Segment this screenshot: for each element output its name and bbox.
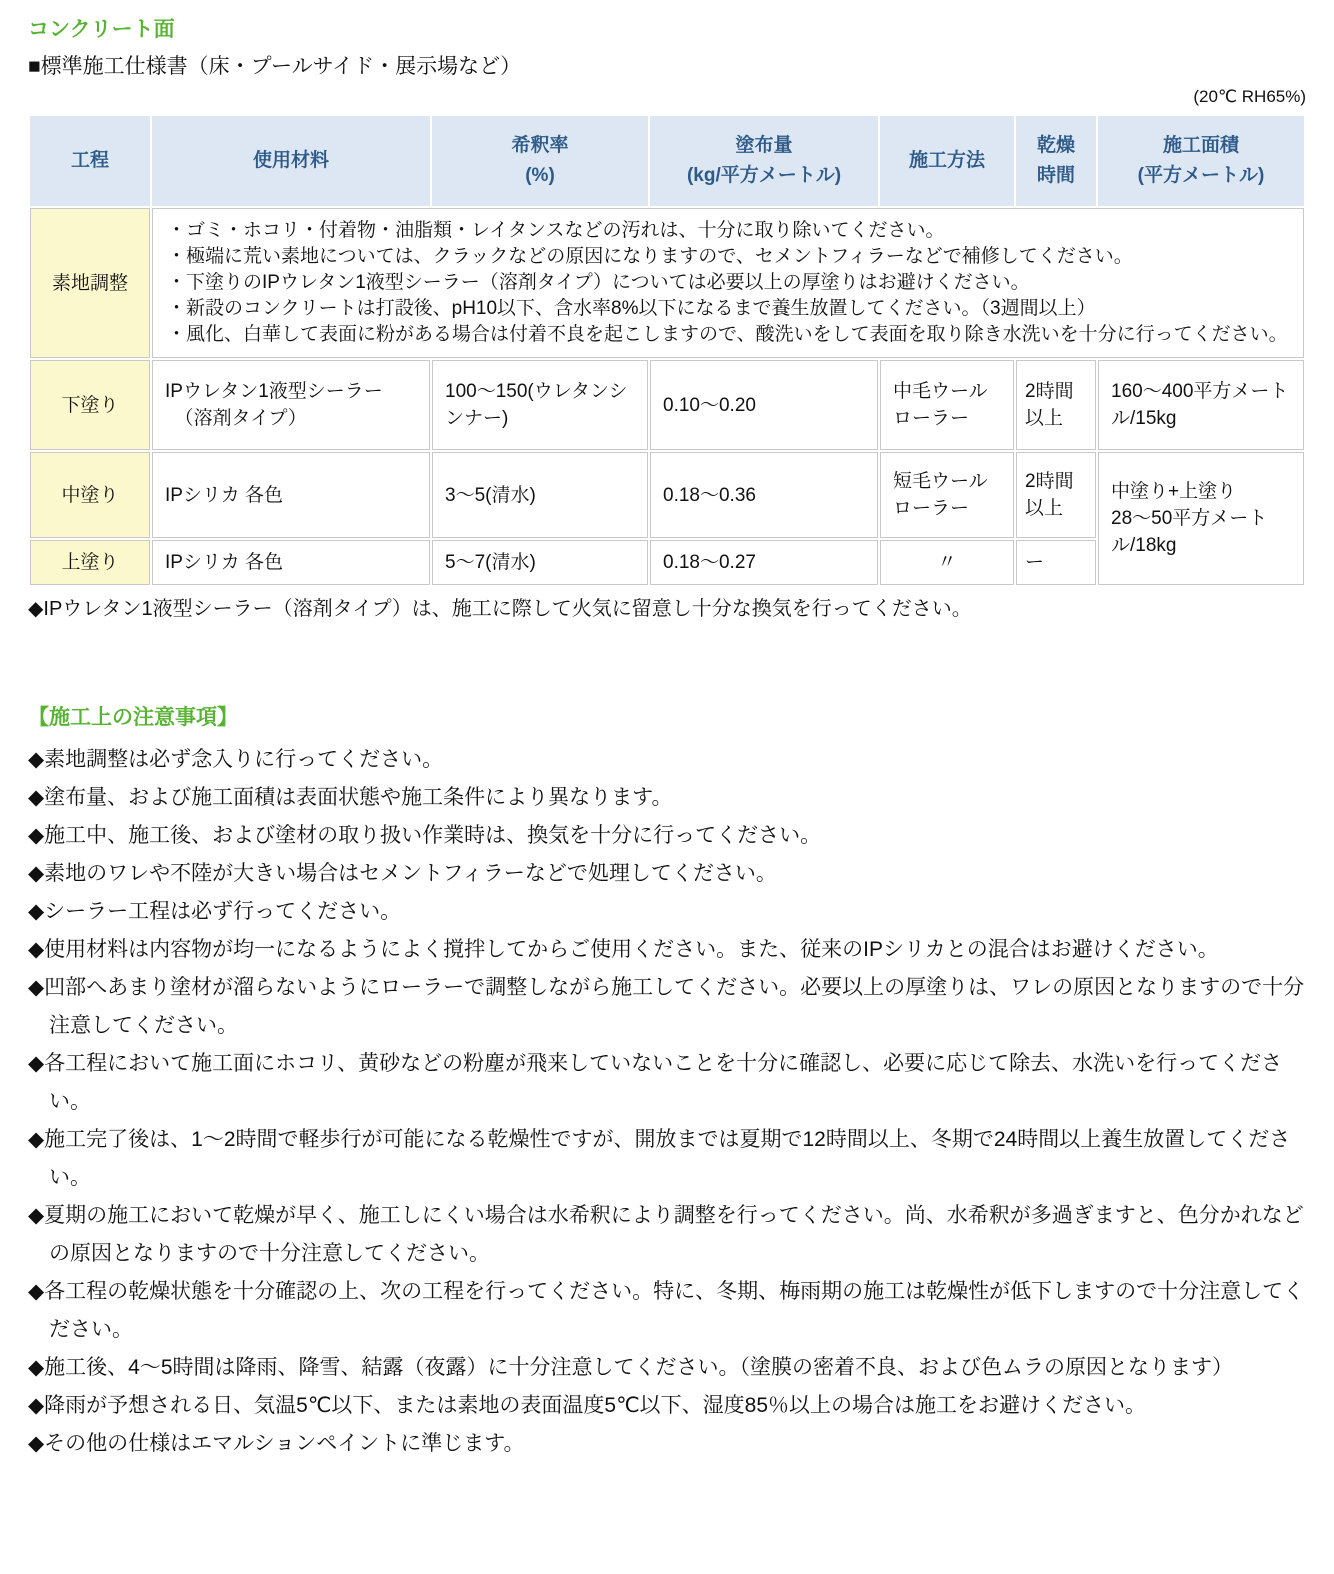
undercoat-drying: 2時間以上 — [1016, 360, 1096, 450]
surface-prep-instructions: ・ゴミ・ホコリ・付着物・油脂類・レイタンスなどの汚れは、十分に取り除いてください… — [152, 208, 1304, 358]
note-item: ◆塗布量、および施工面積は表面状態や施工条件により異なります。 — [28, 779, 1306, 817]
col-header-area: 施工面積 (平方メートル) — [1098, 116, 1304, 206]
midcoat-dilution: 3〜5(清水) — [432, 452, 648, 538]
midcoat-method: 短毛ウールローラー — [880, 452, 1014, 538]
prep-instruction-line: ・ゴミ・ホコリ・付着物・油脂類・レイタンスなどの汚れは、十分に取り除いてください… — [167, 218, 1289, 244]
table-header-row: 工程 使用材料 希釈率 (%) 塗布量 (kg/平方メートル) 施工方法 乾燥 … — [30, 116, 1304, 206]
midcoat-drying: 2時間以上 — [1016, 452, 1096, 538]
undercoat-dilution: 100〜150(ウレタンシンナー) — [432, 360, 648, 450]
col-header-area-line1: 施工面積 — [1102, 131, 1300, 161]
table-footnote: ◆IPウレタン1液型シーラー（溶剤タイプ）は、施工に際して火気に留意し十分な換気… — [28, 595, 1306, 623]
note-item: ◆各工程の乾燥状態を十分確認の上、次の工程を行ってください。特に、冬期、梅雨期の… — [28, 1273, 1306, 1349]
col-header-area-line2: (平方メートル) — [1102, 161, 1300, 191]
col-header-drying: 乾燥 時間 — [1016, 116, 1096, 206]
topcoat-method-ditto: 〃 — [880, 540, 1014, 585]
note-item: ◆シーラー工程は必ず行ってください。 — [28, 893, 1306, 931]
note-item: ◆降雨が予想される日、気温5℃以下、または素地の表面温度5℃以下、湿度85％以上… — [28, 1387, 1306, 1425]
area-line2: 28〜50平方メートル/18kg — [1111, 505, 1291, 559]
topcoat-drying: ー — [1016, 540, 1096, 585]
notes-heading: 【施工上の注意事項】 — [28, 703, 1306, 733]
construction-notes-list: ◆素地調整は必ず念入りに行ってください。 ◆塗布量、および施工面積は表面状態や施… — [28, 741, 1306, 1463]
prep-instruction-line: ・新設のコンクリートは打設後、pH10以下、含水率8%以下になるまで養生放置して… — [167, 296, 1289, 322]
undercoat-material-line2: （溶剤タイプ） — [165, 405, 417, 432]
table-row-undercoat: 下塗り IPウレタン1液型シーラー （溶剤タイプ） 100〜150(ウレタンシン… — [30, 360, 1304, 450]
undercoat-method: 中毛ウールローラー — [880, 360, 1014, 450]
row-label-midcoat: 中塗り — [30, 452, 150, 538]
undercoat-material-line1: IPウレタン1液型シーラー — [165, 378, 417, 405]
row-label-surface-prep: 素地調整 — [30, 208, 150, 358]
undercoat-material: IPウレタン1液型シーラー （溶剤タイプ） — [152, 360, 430, 450]
prep-instruction-line: ・下塗りのIPウレタン1液型シーラー（溶剤タイプ）については必要以上の厚塗りはお… — [167, 270, 1289, 296]
topcoat-coverage: 0.18〜0.27 — [650, 540, 878, 585]
prep-instruction-line: ・風化、白華して表面に粉がある場合は付着不良を起こしますので、酸洗いをして表面を… — [167, 322, 1289, 348]
midcoat-topcoat-area: 中塗り+上塗り 28〜50平方メートル/18kg — [1098, 452, 1304, 585]
condition-note: (20℃ RH65%) — [28, 86, 1306, 108]
note-item: ◆素地のワレや不陸が大きい場合はセメントフィラーなどで処理してください。 — [28, 855, 1306, 893]
table-row-surface-prep: 素地調整 ・ゴミ・ホコリ・付着物・油脂類・レイタンスなどの汚れは、十分に取り除い… — [30, 208, 1304, 358]
topcoat-material: IPシリカ 各色 — [152, 540, 430, 585]
note-item: ◆その他の仕様はエマルションペイントに準じます。 — [28, 1425, 1306, 1463]
col-header-drying-line1: 乾燥 — [1020, 131, 1092, 161]
spec-document-page: コンクリート面 ■標準施工仕様書（床・プールサイド・展示場など） (20℃ RH… — [0, 0, 1334, 1487]
midcoat-material: IPシリカ 各色 — [152, 452, 430, 538]
col-header-coverage-line1: 塗布量 — [654, 131, 874, 161]
doc-subtitle: ■標準施工仕様書（床・プールサイド・展示場など） — [28, 52, 1306, 82]
row-label-topcoat: 上塗り — [30, 540, 150, 585]
col-header-materials: 使用材料 — [152, 116, 430, 206]
col-header-coverage: 塗布量 (kg/平方メートル) — [650, 116, 878, 206]
col-header-dilution-line2: (%) — [436, 161, 644, 191]
area-line1: 中塗り+上塗り — [1111, 478, 1291, 505]
col-header-method: 施工方法 — [880, 116, 1014, 206]
note-item: ◆凹部へあまり塗材が溜らないようにローラーで調整しながら施工してください。必要以… — [28, 969, 1306, 1045]
page-title: コンクリート面 — [28, 16, 1306, 44]
note-item: ◆施工完了後は、1〜2時間で軽歩行が可能になる乾燥性ですが、開放までは夏期で12… — [28, 1121, 1306, 1197]
col-header-drying-line2: 時間 — [1020, 161, 1092, 191]
undercoat-area: 160〜400平方メートル/15kg — [1098, 360, 1304, 450]
note-item: ◆夏期の施工において乾燥が早く、施工しにくい場合は水希釈により調整を行ってくださ… — [28, 1197, 1306, 1273]
table-row-midcoat: 中塗り IPシリカ 各色 3〜5(清水) 0.18〜0.36 短毛ウールローラー… — [30, 452, 1304, 538]
note-item: ◆使用材料は内容物が均一になるようによく撹拌してからご使用ください。また、従来の… — [28, 931, 1306, 969]
prep-instruction-line: ・極端に荒い素地については、クラックなどの原因になりますので、セメントフィラーな… — [167, 244, 1289, 270]
col-header-dilution: 希釈率 (%) — [432, 116, 648, 206]
col-header-dilution-line1: 希釈率 — [436, 131, 644, 161]
topcoat-dilution: 5〜7(清水) — [432, 540, 648, 585]
undercoat-coverage: 0.10〜0.20 — [650, 360, 878, 450]
note-item: ◆各工程において施工面にホコリ、黄砂などの粉塵が飛来していないことを十分に確認し… — [28, 1045, 1306, 1121]
midcoat-coverage: 0.18〜0.36 — [650, 452, 878, 538]
note-item: ◆施工中、施工後、および塗材の取り扱い作業時は、換気を十分に行ってください。 — [28, 817, 1306, 855]
note-item: ◆施工後、4〜5時間は降雨、降雪、結露（夜露）に十分注意してください。（塗膜の密… — [28, 1349, 1306, 1387]
col-header-process: 工程 — [30, 116, 150, 206]
construction-spec-table: 工程 使用材料 希釈率 (%) 塗布量 (kg/平方メートル) 施工方法 乾燥 … — [28, 114, 1306, 587]
row-label-undercoat: 下塗り — [30, 360, 150, 450]
note-item: ◆素地調整は必ず念入りに行ってください。 — [28, 741, 1306, 779]
col-header-coverage-line2: (kg/平方メートル) — [654, 161, 874, 191]
